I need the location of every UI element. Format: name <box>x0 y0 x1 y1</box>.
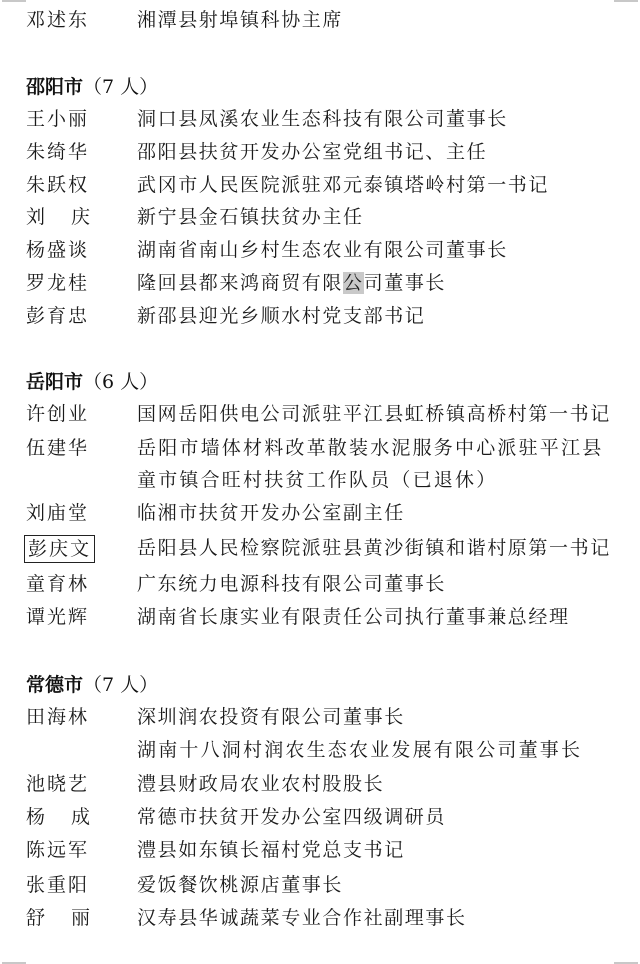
list-item-continuation: 湖南十八洞村润农生态农业发展有限公司董事长 <box>0 735 640 765</box>
list-item: 童育林 广东统力电源科技有限公司董事长 <box>0 569 640 599</box>
person-role-continued: 湖南十八洞村润农生态农业发展有限公司董事长 <box>137 735 582 765</box>
person-count: （7 人） <box>83 76 158 98</box>
name-char: 成 <box>71 802 90 832</box>
list-item: 刘庙堂 临湘市扶贫开发办公室副主任 <box>0 498 640 528</box>
person-role: 湖南省南山乡村生态农业有限公司董事长 <box>137 235 508 265</box>
list-item: 邓述东 湘潭县射埠镇科协主席 <box>0 5 640 35</box>
person-name: 刘 庆 <box>26 202 90 232</box>
person-role: 隆回县都来鸿商贸有限公司董事长 <box>137 268 446 298</box>
person-name: 罗龙桂 <box>26 268 96 298</box>
person-name: 舒 丽 <box>26 903 90 933</box>
text-selection-highlight: 公 <box>343 272 364 294</box>
list-item: 陈远军 澧县如东镇长福村党总支书记 <box>0 835 640 865</box>
role-text: 司董事长 <box>364 272 446 294</box>
list-item: 池晓艺 澧县财政局农业农村股股长 <box>0 769 640 799</box>
person-name: 彭育忠 <box>26 301 96 331</box>
list-item: 张重阳 爱饭餐饮桃源店董事长 <box>0 870 640 900</box>
person-name: 池晓艺 <box>26 769 96 799</box>
section-heading-changde: 常德市（7 人） <box>26 670 158 700</box>
list-item: 彭育忠 新邵县迎光乡顺水村党支部书记 <box>0 301 640 331</box>
section-heading-yueyang: 岳阳市（6 人） <box>26 367 158 397</box>
section-heading-shaoyang: 邵阳市（7 人） <box>26 72 158 102</box>
person-role: 岳阳县人民检察院派驻县黄沙街镇和谐村原第一书记 <box>137 533 611 563</box>
list-item: 王小丽 洞口县凤溪农业生态科技有限公司董事长 <box>0 104 640 134</box>
person-role: 深圳润农投资有限公司董事长 <box>137 702 405 732</box>
city-name: 岳阳市 <box>26 371 83 393</box>
person-role: 爱饭餐饮桃源店董事长 <box>137 870 343 900</box>
role-text: 隆回县都来鸿商贸有限 <box>137 272 343 294</box>
name-char: 丽 <box>71 903 90 933</box>
person-role: 新宁县金石镇扶贫办主任 <box>137 202 364 232</box>
person-name: 杨盛谈 <box>26 235 96 265</box>
person-name: 朱跃权 <box>26 170 96 200</box>
name-char: 刘 <box>26 202 45 232</box>
person-name: 朱绮华 <box>26 137 96 167</box>
list-item: 田海林 深圳润农投资有限公司董事长 <box>0 702 640 732</box>
person-role: 常德市扶贫开发办公室四级调研员 <box>137 802 446 832</box>
list-item: 杨盛谈 湖南省南山乡村生态农业有限公司董事长 <box>0 235 640 265</box>
person-role: 洞口县凤溪农业生态科技有限公司董事长 <box>137 104 508 134</box>
person-name: 童育林 <box>26 569 96 599</box>
person-role: 国网岳阳供电公司派驻平江县虹桥镇高桥村第一书记 <box>137 399 611 429</box>
person-role: 湖南省长康实业有限责任公司执行董事兼总经理 <box>137 602 570 632</box>
name-char: 舒 <box>26 903 45 933</box>
person-name: 王小丽 <box>26 104 96 134</box>
list-item: 谭光辉 湖南省长康实业有限责任公司执行董事兼总经理 <box>0 602 640 632</box>
list-item: 伍建华 岳阳市墙体材料改革散装水泥服务中心派驻平江县 <box>0 433 640 463</box>
list-item: 杨 成 常德市扶贫开发办公室四级调研员 <box>0 802 640 832</box>
person-name: 谭光辉 <box>26 602 96 632</box>
name-char: 杨 <box>26 802 45 832</box>
person-name: 许创业 <box>26 399 96 429</box>
crop-mark-top-right <box>614 0 638 2</box>
list-item: 朱绮华 邵阳县扶贫开发办公室党组书记、主任 <box>0 137 640 167</box>
list-item: 许创业 国网岳阳供电公司派驻平江县虹桥镇高桥村第一书记 <box>0 399 640 429</box>
list-item: 刘 庆 新宁县金石镇扶贫办主任 <box>0 202 640 232</box>
person-name-boxed: 彭庆文 <box>24 535 95 563</box>
person-name: 伍建华 <box>26 433 96 463</box>
person-role-continued: 童市镇合旺村扶贫工作队员（已退休） <box>137 465 497 495</box>
person-name: 杨 成 <box>26 802 90 832</box>
list-item: 舒 丽 汉寿县华诚蔬菜专业合作社副理事长 <box>0 903 640 933</box>
person-role: 岳阳市墙体材料改革散装水泥服务中心派驻平江县 <box>137 433 603 463</box>
crop-mark-top-left <box>2 0 26 2</box>
city-name: 常德市 <box>26 674 83 696</box>
list-item: 朱跃权 武冈市人民医院派驻邓元泰镇塔岭村第一书记 <box>0 170 640 200</box>
person-role: 临湘市扶贫开发办公室副主任 <box>137 498 405 528</box>
person-count: （7 人） <box>83 674 158 696</box>
person-name: 张重阳 <box>26 870 96 900</box>
person-role: 邵阳县扶贫开发办公室党组书记、主任 <box>137 137 487 167</box>
person-name: 田海林 <box>26 702 96 732</box>
person-role: 武冈市人民医院派驻邓元泰镇塔岭村第一书记 <box>137 170 549 200</box>
name-char: 庆 <box>71 202 90 232</box>
person-name: 邓述东 <box>26 5 96 35</box>
person-name: 陈远军 <box>26 835 96 865</box>
person-role: 澧县如东镇长福村党总支书记 <box>137 835 405 865</box>
city-name: 邵阳市 <box>26 76 83 98</box>
person-role: 澧县财政局农业农村股股长 <box>137 769 384 799</box>
list-item-continuation: 童市镇合旺村扶贫工作队员（已退休） <box>0 465 640 495</box>
person-role: 汉寿县华诚蔬菜专业合作社副理事长 <box>137 903 467 933</box>
person-role: 新邵县迎光乡顺水村党支部书记 <box>137 301 425 331</box>
list-item: 彭庆文 岳阳县人民检察院派驻县黄沙街镇和谐村原第一书记 <box>0 533 640 563</box>
list-item: 罗龙桂 隆回县都来鸿商贸有限公司董事长 <box>0 268 640 298</box>
person-count: （6 人） <box>83 371 158 393</box>
person-role: 湘潭县射埠镇科协主席 <box>137 5 343 35</box>
person-name: 刘庙堂 <box>26 498 96 528</box>
person-role: 广东统力电源科技有限公司董事长 <box>137 569 446 599</box>
